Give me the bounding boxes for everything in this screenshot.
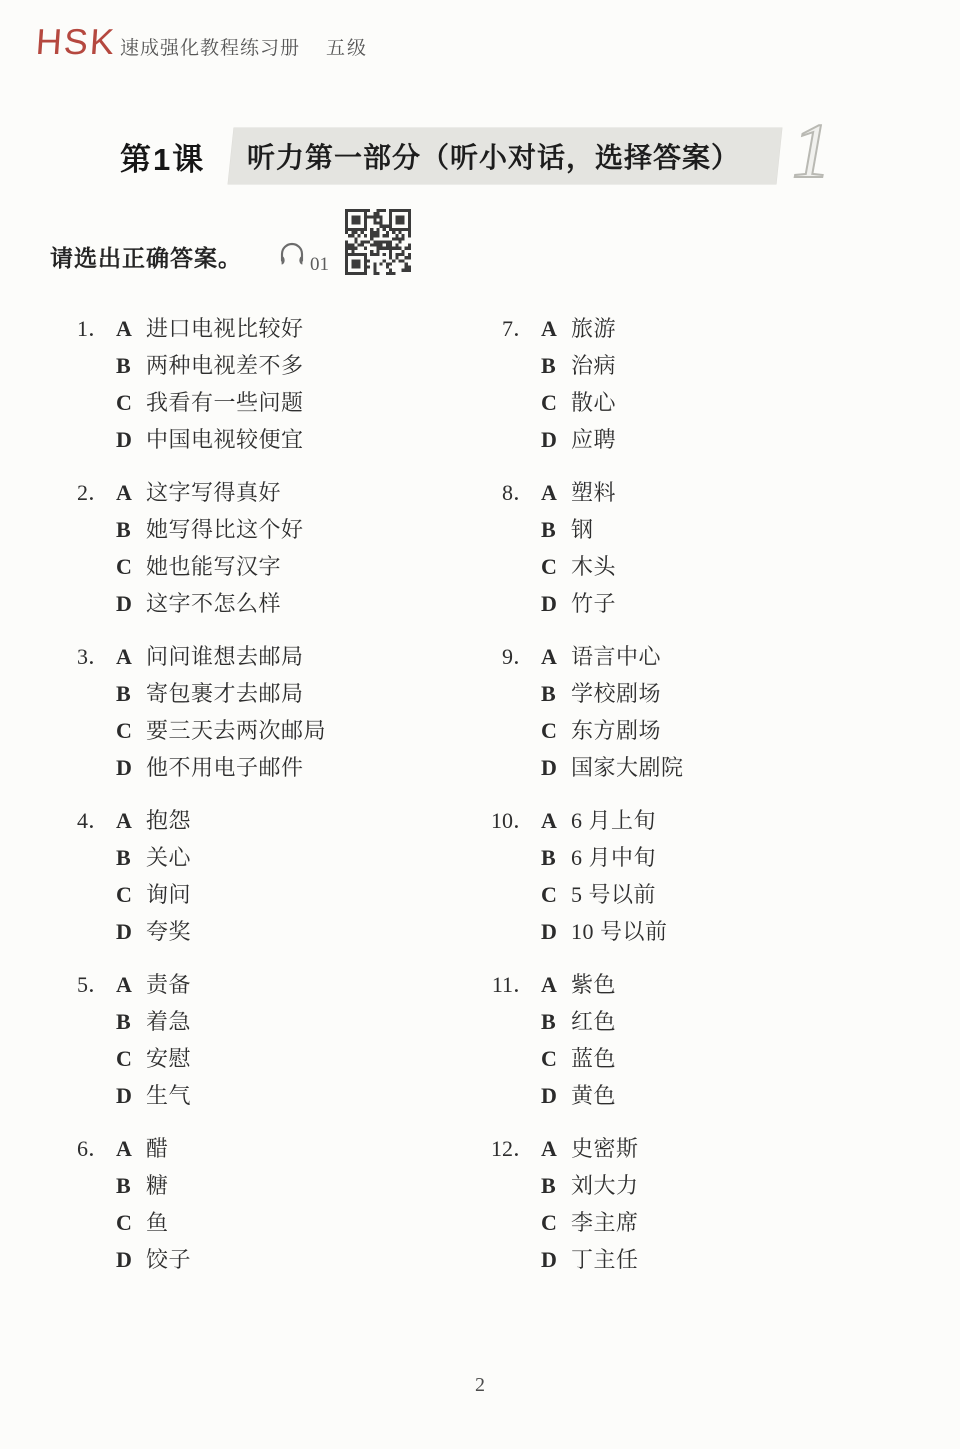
question-number: 12．	[487, 1130, 535, 1167]
option-row: B 关心	[116, 839, 487, 876]
option-row: D 饺子	[116, 1241, 487, 1278]
book-series-title: 速成强化教程练习册	[120, 33, 300, 60]
option-letter: D	[541, 1077, 571, 1114]
option-text: 进口电视比较好	[146, 310, 304, 347]
section-title-banner: 听力第一部分（听小对话，选择答案）	[228, 128, 782, 184]
option-letter: B	[116, 675, 146, 712]
question-block: 10． A 6 月上旬 B 6 月中旬 C 5 号以前 D 10 号以前	[487, 802, 902, 950]
option-text: 语言中心	[571, 638, 661, 675]
option-letter: B	[541, 347, 571, 384]
option-row: B 治病	[541, 347, 902, 384]
options-list: A 语言中心 B 学校剧场 C 东方剧场 D 国家大剧院	[541, 638, 902, 786]
option-row: D 国家大剧院	[541, 749, 902, 786]
option-text: 黄色	[571, 1077, 616, 1114]
option-text: 5 号以前	[571, 876, 656, 913]
option-text: 要三天去两次邮局	[146, 712, 326, 749]
option-row: A 进口电视比较好	[116, 310, 487, 347]
option-row: A 紫色	[541, 966, 902, 1003]
option-text: 她也能写汉字	[146, 548, 281, 585]
option-row: C 东方剧场	[541, 712, 902, 749]
option-row: B 红色	[541, 1003, 902, 1040]
option-letter: D	[116, 749, 146, 786]
option-letter: D	[116, 585, 146, 622]
workbook-page: HSK 速成强化教程练习册 五级 第1课 听力第一部分（听小对话，选择答案） 1…	[0, 0, 960, 1449]
option-letter: B	[116, 1003, 146, 1040]
lesson-title-row: 第1课 听力第一部分（听小对话，选择答案）	[120, 128, 779, 184]
option-row: B 刘大力	[541, 1167, 902, 1204]
option-row: A 责备	[116, 966, 487, 1003]
option-text: 他不用电子邮件	[146, 749, 304, 786]
options-list: A 责备 B 着急 C 安慰 D 生气	[116, 966, 487, 1114]
option-letter: D	[541, 913, 571, 950]
option-text: 糖	[146, 1167, 169, 1204]
option-row: A 这字写得真好	[116, 474, 487, 511]
option-letter: B	[116, 511, 146, 548]
headphone-icon	[276, 238, 308, 270]
option-row: B 寄包裹才去邮局	[116, 675, 487, 712]
option-row: A 史密斯	[541, 1130, 902, 1167]
option-letter: C	[116, 384, 146, 421]
option-letter: D	[541, 585, 571, 622]
option-letter: A	[541, 1130, 571, 1167]
option-letter: C	[541, 1040, 571, 1077]
option-text: 责备	[146, 966, 191, 1003]
question-block: 4． A 抱怨 B 关心 C 询问 D 夸奖	[62, 802, 487, 950]
option-letter: C	[541, 384, 571, 421]
option-text: 这字写得真好	[146, 474, 281, 511]
option-row: A 抱怨	[116, 802, 487, 839]
option-text: 抱怨	[146, 802, 191, 839]
audio-track-number: 01	[310, 254, 329, 276]
option-row: C 蓝色	[541, 1040, 902, 1077]
option-letter: D	[541, 421, 571, 458]
question-number: 11．	[487, 966, 535, 1003]
option-letter: A	[541, 474, 571, 511]
option-letter: A	[116, 474, 146, 511]
option-text: 夸奖	[146, 913, 191, 950]
option-row: C 询问	[116, 876, 487, 913]
question-number: 7．	[487, 310, 535, 347]
option-text: 蓝色	[571, 1040, 616, 1077]
options-list: A 旅游 B 治病 C 散心 D 应聘	[541, 310, 902, 458]
option-text: 两种电视差不多	[146, 347, 304, 384]
option-text: 中国电视较便宜	[146, 421, 304, 458]
option-letter: D	[116, 1077, 146, 1114]
question-number: 2．	[62, 474, 110, 511]
option-row: B 糖	[116, 1167, 487, 1204]
option-text: 李主席	[571, 1204, 639, 1241]
option-row: D 夸奖	[116, 913, 487, 950]
option-row: D 中国电视较便宜	[116, 421, 487, 458]
section-title-text: 听力第一部分（听小对话，选择答案）	[231, 136, 740, 176]
questions-column-left: 1． A 进口电视比较好 B 两种电视差不多 C 我看有一些问题 D 中国电视较…	[62, 310, 487, 1294]
option-row: A 旅游	[541, 310, 902, 347]
option-row: C 鱼	[116, 1204, 487, 1241]
option-letter: B	[116, 1167, 146, 1204]
option-letter: A	[116, 802, 146, 839]
option-row: B 学校剧场	[541, 675, 902, 712]
page-footer: 2	[0, 1374, 960, 1397]
option-row: C 安慰	[116, 1040, 487, 1077]
question-block: 11． A 紫色 B 红色 C 蓝色 D 黄色	[487, 966, 902, 1114]
option-letter: C	[541, 548, 571, 585]
option-letter: D	[541, 1241, 571, 1278]
option-letter: A	[541, 966, 571, 1003]
option-text: 旅游	[571, 310, 616, 347]
option-letter: B	[541, 839, 571, 876]
option-text: 着急	[146, 1003, 191, 1040]
option-row: A 6 月上旬	[541, 802, 902, 839]
question-number: 9．	[487, 638, 535, 675]
questions-grid: 1． A 进口电视比较好 B 两种电视差不多 C 我看有一些问题 D 中国电视较…	[62, 310, 902, 1294]
option-letter: A	[541, 802, 571, 839]
lesson-big-number: 1	[792, 112, 831, 190]
option-letter: C	[116, 876, 146, 913]
question-number: 5．	[62, 966, 110, 1003]
option-letter: A	[116, 638, 146, 675]
option-text: 紫色	[571, 966, 616, 1003]
option-row: D 10 号以前	[541, 913, 902, 950]
book-header: HSK 速成强化教程练习册 五级	[36, 24, 368, 60]
option-text: 东方剧场	[571, 712, 661, 749]
option-row: A 问问谁想去邮局	[116, 638, 487, 675]
option-row: B 她写得比这个好	[116, 511, 487, 548]
option-row: D 生气	[116, 1077, 487, 1114]
option-text: 钢	[571, 511, 594, 548]
option-text: 寄包裹才去邮局	[146, 675, 304, 712]
option-row: B 钢	[541, 511, 902, 548]
option-text: 她写得比这个好	[146, 511, 304, 548]
question-number: 1．	[62, 310, 110, 347]
option-row: D 竹子	[541, 585, 902, 622]
option-text: 我看有一些问题	[146, 384, 304, 421]
option-letter: A	[116, 310, 146, 347]
option-row: C 李主席	[541, 1204, 902, 1241]
question-block: 1． A 进口电视比较好 B 两种电视差不多 C 我看有一些问题 D 中国电视较…	[62, 310, 487, 458]
option-letter: D	[116, 1241, 146, 1278]
option-row: D 这字不怎么样	[116, 585, 487, 622]
options-list: A 进口电视比较好 B 两种电视差不多 C 我看有一些问题 D 中国电视较便宜	[116, 310, 487, 458]
option-letter: B	[116, 347, 146, 384]
option-text: 治病	[571, 347, 616, 384]
option-text: 塑料	[571, 474, 616, 511]
option-text: 醋	[146, 1130, 169, 1167]
option-row: A 塑料	[541, 474, 902, 511]
lesson-number: 第1课	[120, 134, 205, 179]
option-text: 木头	[571, 548, 616, 585]
options-list: A 问问谁想去邮局 B 寄包裹才去邮局 C 要三天去两次邮局 D 他不用电子邮件	[116, 638, 487, 786]
option-row: C 木头	[541, 548, 902, 585]
option-text: 史密斯	[571, 1130, 639, 1167]
option-letter: D	[116, 913, 146, 950]
option-row: B 着急	[116, 1003, 487, 1040]
options-list: A 6 月上旬 B 6 月中旬 C 5 号以前 D 10 号以前	[541, 802, 902, 950]
option-text: 学校剧场	[571, 675, 661, 712]
option-letter: A	[541, 638, 571, 675]
option-row: C 我看有一些问题	[116, 384, 487, 421]
option-letter: D	[541, 749, 571, 786]
options-list: A 醋 B 糖 C 鱼 D 饺子	[116, 1130, 487, 1278]
option-letter: A	[116, 1130, 146, 1167]
option-letter: A	[116, 966, 146, 1003]
book-level: 五级	[326, 33, 368, 60]
question-block: 9． A 语言中心 B 学校剧场 C 东方剧场 D 国家大剧院	[487, 638, 902, 786]
question-block: 3． A 问问谁想去邮局 B 寄包裹才去邮局 C 要三天去两次邮局 D 他不用电…	[62, 638, 487, 786]
instruction-text: 请选出正确答案。	[50, 240, 242, 273]
option-text: 饺子	[146, 1241, 191, 1278]
option-row: C 她也能写汉字	[116, 548, 487, 585]
option-letter: B	[541, 1167, 571, 1204]
option-row: C 散心	[541, 384, 902, 421]
option-row: D 他不用电子邮件	[116, 749, 487, 786]
question-number: 3．	[62, 638, 110, 675]
option-letter: D	[116, 421, 146, 458]
option-text: 竹子	[571, 585, 616, 622]
question-block: 5． A 责备 B 着急 C 安慰 D 生气	[62, 966, 487, 1114]
option-letter: C	[541, 876, 571, 913]
options-list: A 塑料 B 钢 C 木头 D 竹子	[541, 474, 902, 622]
option-text: 国家大剧院	[571, 749, 684, 786]
option-text: 安慰	[146, 1040, 191, 1077]
option-text: 应聘	[571, 421, 616, 458]
option-text: 生气	[146, 1077, 191, 1114]
question-block: 6． A 醋 B 糖 C 鱼 D 饺子	[62, 1130, 487, 1278]
option-text: 刘大力	[571, 1167, 639, 1204]
option-text: 红色	[571, 1003, 616, 1040]
option-text: 这字不怎么样	[146, 585, 281, 622]
option-text: 问问谁想去邮局	[146, 638, 304, 675]
options-list: A 史密斯 B 刘大力 C 李主席 D 丁主任	[541, 1130, 902, 1278]
option-text: 关心	[146, 839, 191, 876]
question-block: 8． A 塑料 B 钢 C 木头 D 竹子	[487, 474, 902, 622]
option-letter: A	[541, 310, 571, 347]
options-list: A 这字写得真好 B 她写得比这个好 C 她也能写汉字 D 这字不怎么样	[116, 474, 487, 622]
question-block: 7． A 旅游 B 治病 C 散心 D 应聘	[487, 310, 902, 458]
option-letter: B	[541, 675, 571, 712]
instruction-row: 请选出正确答案。 01	[50, 208, 411, 276]
option-letter: B	[541, 511, 571, 548]
option-row: A 醋	[116, 1130, 487, 1167]
question-block: 12． A 史密斯 B 刘大力 C 李主席 D 丁主任	[487, 1130, 902, 1278]
question-number: 10．	[487, 802, 535, 839]
option-text: 10 号以前	[571, 913, 668, 950]
option-text: 6 月上旬	[571, 802, 656, 839]
options-list: A 紫色 B 红色 C 蓝色 D 黄色	[541, 966, 902, 1114]
option-letter: C	[541, 1204, 571, 1241]
option-text: 散心	[571, 384, 616, 421]
page-number: 2	[475, 1374, 485, 1396]
option-text: 丁主任	[571, 1241, 639, 1278]
question-number: 8．	[487, 474, 535, 511]
option-text: 询问	[146, 876, 191, 913]
option-letter: C	[541, 712, 571, 749]
option-letter: B	[116, 839, 146, 876]
option-row: A 语言中心	[541, 638, 902, 675]
qr-code	[345, 209, 411, 275]
question-block: 2． A 这字写得真好 B 她写得比这个好 C 她也能写汉字 D 这字不怎么样	[62, 474, 487, 622]
option-row: B 两种电视差不多	[116, 347, 487, 384]
questions-column-right: 7． A 旅游 B 治病 C 散心 D 应聘 8． A 塑料 B 钢 C 木头 …	[487, 310, 902, 1294]
option-row: D 应聘	[541, 421, 902, 458]
option-letter: C	[116, 1040, 146, 1077]
option-letter: B	[541, 1003, 571, 1040]
option-letter: C	[116, 548, 146, 585]
option-letter: C	[116, 1204, 146, 1241]
audio-indicator: 01	[276, 238, 329, 276]
option-row: C 要三天去两次邮局	[116, 712, 487, 749]
option-row: B 6 月中旬	[541, 839, 902, 876]
question-number: 6．	[62, 1130, 110, 1167]
hsk-logo: HSK	[35, 24, 118, 60]
option-text: 6 月中旬	[571, 839, 656, 876]
option-row: C 5 号以前	[541, 876, 902, 913]
option-row: D 丁主任	[541, 1241, 902, 1278]
option-row: D 黄色	[541, 1077, 902, 1114]
option-letter: C	[116, 712, 146, 749]
option-text: 鱼	[146, 1204, 169, 1241]
question-number: 4．	[62, 802, 110, 839]
options-list: A 抱怨 B 关心 C 询问 D 夸奖	[116, 802, 487, 950]
